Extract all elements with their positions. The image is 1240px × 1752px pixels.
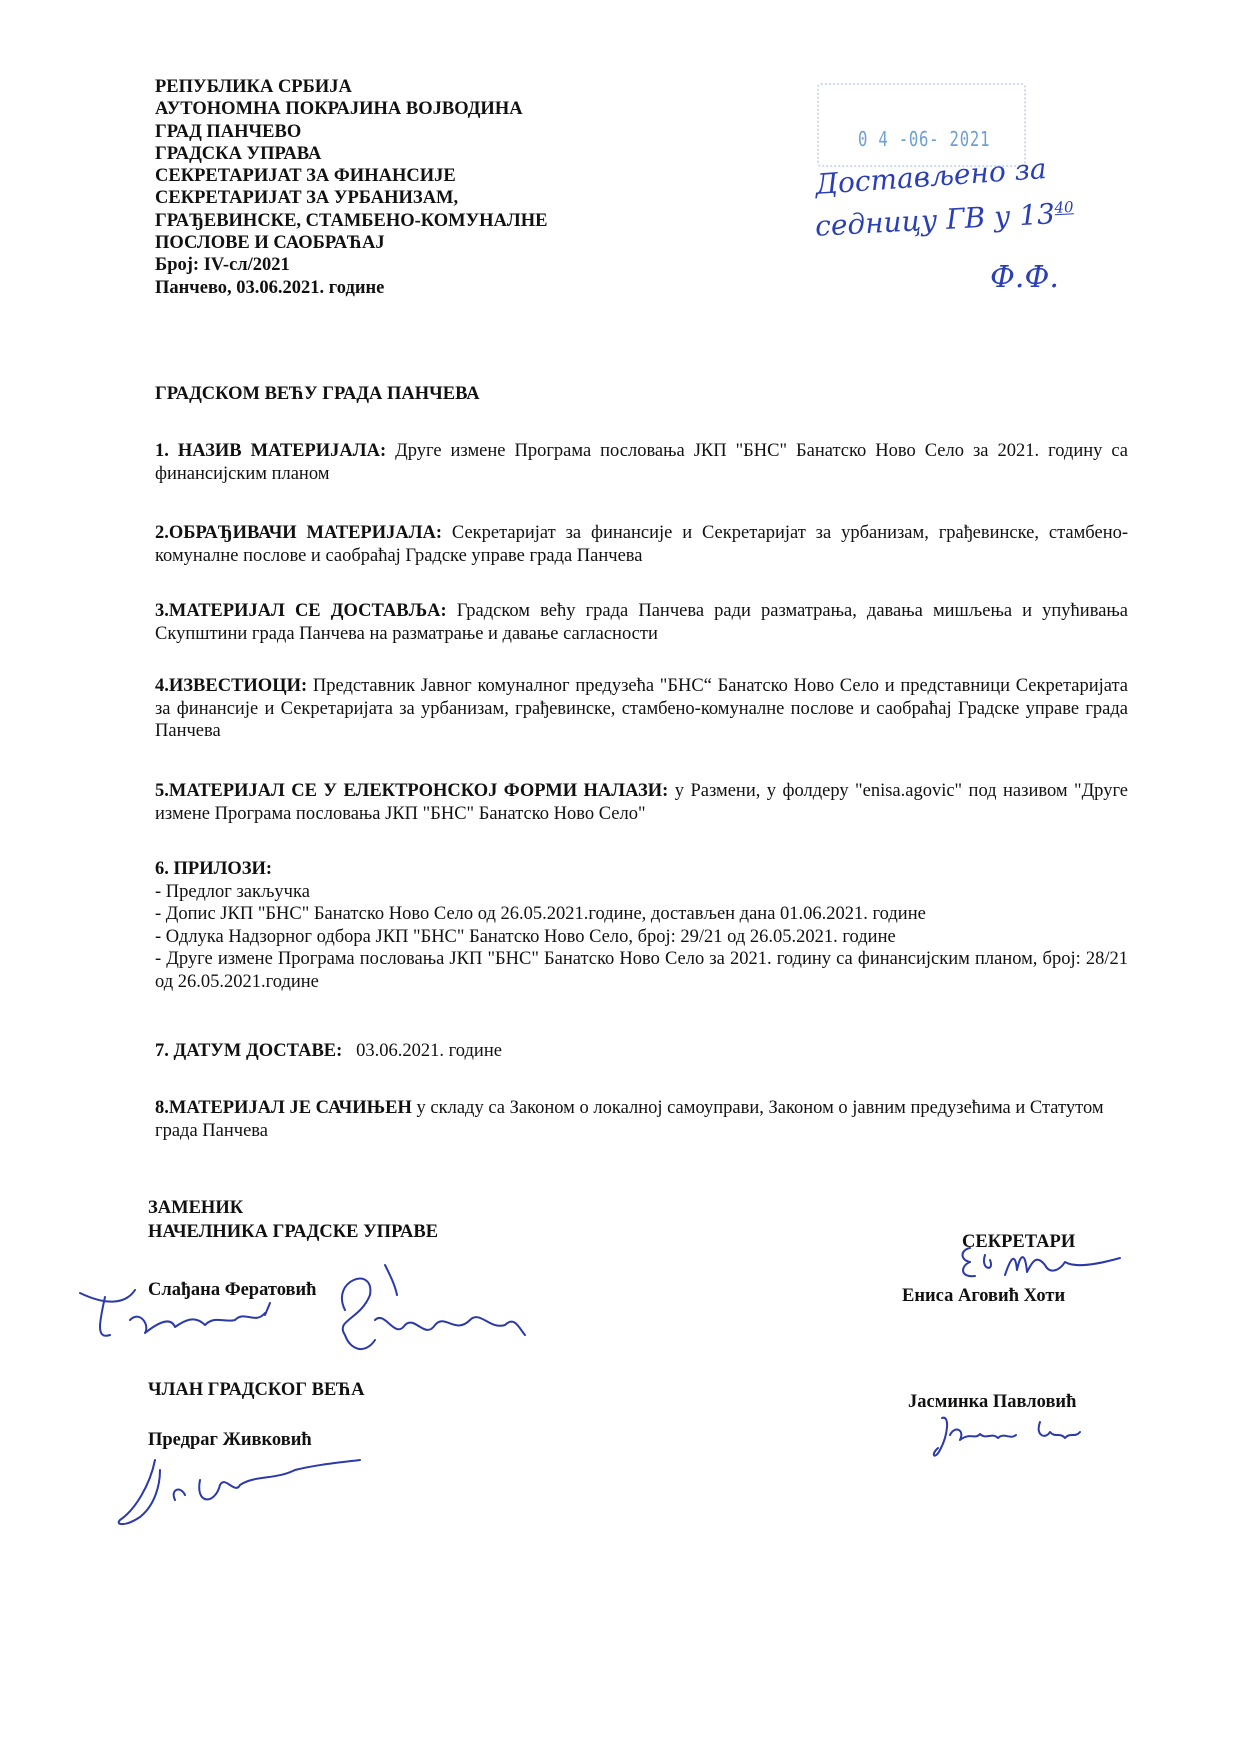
secretary-name-1: Ениса Аговић Хоти	[902, 1286, 1065, 1307]
section-label: 2.ОБРАЂИВАЧИ МАТЕРИЈАЛА:	[155, 523, 442, 543]
stamp-date: 0 4 -06- 2021	[858, 127, 990, 151]
receipt-stamp	[817, 83, 1026, 167]
attachment-item: - Друге измене Програма пословања ЈКП "Б…	[155, 948, 1128, 993]
header-city: ГРАД ПАНЧЕВО	[155, 121, 547, 143]
deputy-title-line2: НАЧЕЛНИКА ГРАДСКЕ УПРАВЕ	[148, 1220, 438, 1244]
attachment-item: - Допис ЈКП "БНС" Банатско Ново Село од …	[155, 903, 1128, 926]
signature-zivkovic	[115, 1455, 375, 1535]
header-secretariat-finance: СЕКРЕТАРИЈАТ ЗА ФИНАНСИЈЕ	[155, 165, 547, 187]
section-label: 7. ДАТУМ ДОСТАВЕ:	[155, 1041, 342, 1061]
reference-number: Број: IV-сл/2021	[155, 254, 547, 276]
section-authors: 2.ОБРАЂИВАЧИ МАТЕРИЈАЛА: Секретаријат за…	[155, 522, 1128, 567]
section-text: 03.06.2021. године	[356, 1041, 502, 1061]
section-label: 6. ПРИЛОЗИ:	[155, 859, 272, 879]
document-header: РЕПУБЛИКА СРБИЈА АУТОНОМНА ПОКРАЈИНА ВОЈ…	[155, 76, 547, 299]
section-label: 8.МАТЕРИЈАЛ ЈЕ САЧИЊЕН	[155, 1098, 412, 1118]
section-rapporteurs: 4.ИЗВЕСТИОЦИ: Представник Јавног комунал…	[155, 675, 1128, 743]
signature-pavlovic	[920, 1410, 1120, 1470]
handwritten-initials: Ф.Ф.	[990, 260, 1059, 295]
header-administration: ГРАДСКА УПРАВА	[155, 143, 547, 165]
attachment-item: - Одлука Надзорног одбора ЈКП "БНС" Бана…	[155, 926, 1128, 949]
header-province: АУТОНОМНА ПОКРАЈИНА ВОЈВОДИНА	[155, 98, 547, 120]
section-attachments: 6. ПРИЛОЗИ: - Предлог закључка - Допис Ј…	[155, 858, 1128, 993]
section-label: 5.МАТЕРИЈАЛ СЕ У ЕЛЕКТРОНСКОЈ ФОРМИ НАЛА…	[155, 781, 668, 801]
section-label: 3.МАТЕРИЈАЛ СЕ ДОСТАВЉА:	[155, 601, 447, 621]
deputy-title-line1: ЗАМЕНИК	[148, 1196, 438, 1220]
section-delivery-date: 7. ДАТУМ ДОСТАВЕ: 03.06.2021. године	[155, 1040, 1128, 1063]
header-country: РЕПУБЛИКА СРБИЈА	[155, 76, 547, 98]
deputy-head-title: ЗАМЕНИК НАЧЕЛНИКА ГРАДСКЕ УПРАВЕ	[148, 1196, 438, 1244]
section-material-title: 1. НАЗИВ МАТЕРИЈАЛА: Друге измене Програ…	[155, 440, 1128, 485]
section-electronic-location: 5.МАТЕРИЈАЛ СЕ У ЕЛЕКТРОНСКОЈ ФОРМИ НАЛА…	[155, 780, 1128, 825]
header-secretariat-urbanism: СЕКРЕТАРИЈАТ ЗА УРБАНИЗАМ,	[155, 187, 547, 209]
handwritten-note-line2: седницу ГВ у 1340	[814, 196, 1074, 243]
addressee: ГРАДСКОМ ВЕЋУ ГРАДА ПАНЧЕВА	[155, 383, 1128, 406]
header-secretariat-urbanism-3: ПОСЛОВЕ И САОБРАЋАЈ	[155, 232, 547, 254]
section-label: 4.ИЗВЕСТИОЦИ:	[155, 676, 307, 696]
handwritten-note-minutes: 40	[1054, 198, 1074, 217]
document-date: Панчево, 03.06.2021. године	[155, 277, 547, 299]
council-member-title: ЧЛАН ГРАДСКОГ ВЕЋА	[148, 1380, 364, 1401]
section-label: 1. НАЗИВ МАТЕРИЈАЛА:	[155, 441, 386, 461]
section-legal-basis: 8.МАТЕРИЈАЛ ЈЕ САЧИЊЕН у складу са Закон…	[155, 1097, 1135, 1142]
signature-feratovic	[75, 1265, 535, 1365]
signature-agovic-hoti	[955, 1240, 1125, 1290]
attachment-item: - Предлог закључка	[155, 881, 1128, 904]
header-secretariat-urbanism-2: ГРАЂЕВИНСКЕ, СТАМБЕНО-КОМУНАЛНЕ	[155, 210, 547, 232]
council-member-name: Предраг Живковић	[148, 1430, 312, 1451]
section-delivered-to: 3.МАТЕРИЈАЛ СЕ ДОСТАВЉА: Градском већу г…	[155, 600, 1128, 645]
